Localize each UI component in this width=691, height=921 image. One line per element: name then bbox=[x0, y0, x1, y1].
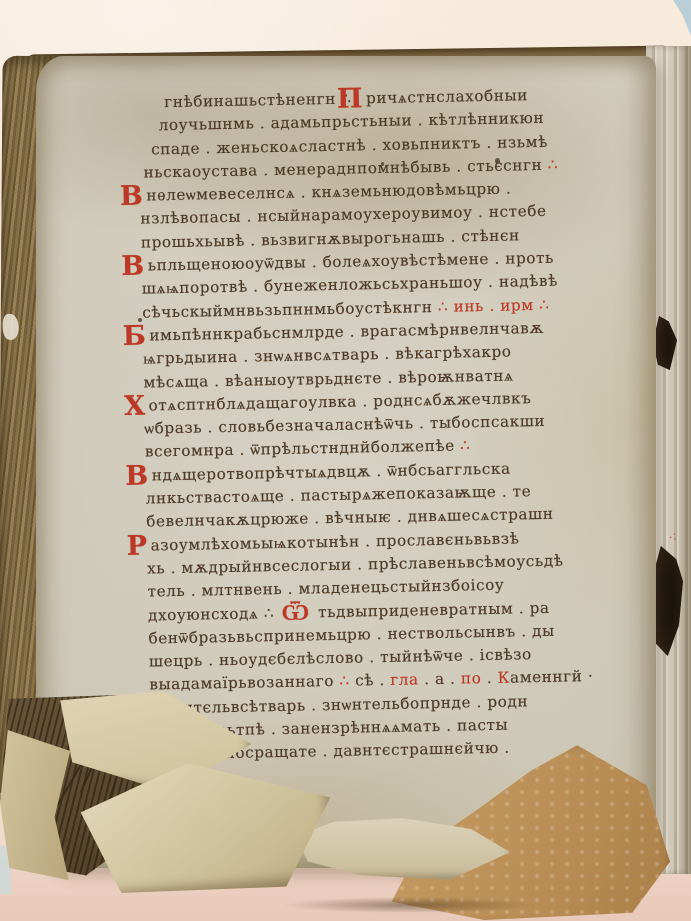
text-segment: ѡбразь . словьбезначаласнѣѿчь . тыбоспса… bbox=[144, 412, 545, 438]
text-segment: ∴ инь . ирм ∴ bbox=[438, 295, 550, 315]
text-segment: ндѧщеротвопрѣчтыѧдвцѫ . ѿнбсьаггльска bbox=[152, 459, 511, 484]
text-segment: сѣ . bbox=[350, 671, 391, 690]
text-segment: азоумлѣхомьыѩкотынѣн . прославєньвьвзѣ bbox=[150, 529, 519, 554]
text-segment: ∴ bbox=[460, 437, 471, 455]
book-cast-shadow bbox=[240, 894, 580, 916]
text-segment: аменнгй · bbox=[510, 667, 594, 687]
spine-paper-chip bbox=[3, 314, 19, 340]
text-segment: . а . bbox=[419, 670, 462, 689]
manuscript-photo: ∴ гнѣбинашьстѣненгн ∴ Причѧстнслахобныил… bbox=[0, 0, 691, 921]
text-segment: гнѣбинашьстѣненгн ∴ bbox=[164, 89, 357, 111]
rubric-initial: Р bbox=[127, 539, 151, 553]
text-segment: дхоуюнсходѧ ∴ bbox=[148, 604, 280, 625]
rubric-initial: Б bbox=[123, 329, 150, 344]
text-segment: ѩгрьдыина . знѡѧнвсѧтварь . вѣкагрѣхакро bbox=[143, 343, 512, 368]
text-segment: тьдвыприденевратным . ра bbox=[313, 598, 550, 621]
text-segment: тель . млтнвень . младенецьстыйнзбоісоу bbox=[147, 576, 504, 601]
text-segment: лоучьшнмь . адамьпрьстьныи . кѣтлѣнникюн bbox=[158, 109, 544, 134]
text-segment: гла bbox=[390, 671, 419, 690]
text-segment: мѣсѧща . вѣаныоутврьднєте . вѣроѭнватнѧ bbox=[143, 366, 513, 391]
manuscript-text: гнѣбинашьстѣненгн ∴ Причѧстнслахобныилоу… bbox=[118, 81, 683, 767]
rubric-initial: Ѿ bbox=[281, 605, 312, 620]
text-segment: . bbox=[481, 669, 498, 687]
text-segment: ∴ bbox=[548, 155, 559, 173]
text-segment: сѣчьскыймнвьзьпннмьбоустѣкнгн bbox=[142, 298, 438, 322]
rubric-initial: В bbox=[121, 260, 148, 275]
text-segment: ричѧстнслахобныи bbox=[366, 86, 528, 107]
text-segment: нѳлеѡмевеселнсѧ . кнѧземьнюдовѣмьцрю . bbox=[146, 180, 511, 205]
rubric-initial: В bbox=[125, 469, 152, 484]
rubric-initial: П bbox=[337, 92, 366, 107]
rubric-initial: Х bbox=[124, 399, 149, 413]
text-segment: по bbox=[461, 670, 482, 688]
rubric-initial: В bbox=[120, 190, 147, 205]
text-segment: К bbox=[498, 669, 511, 687]
text-segment: выадамаїрьвозаннаго bbox=[149, 672, 339, 694]
text-segment: всегомнра . ѿпрѣльстнднйболжепѣе bbox=[145, 437, 461, 461]
